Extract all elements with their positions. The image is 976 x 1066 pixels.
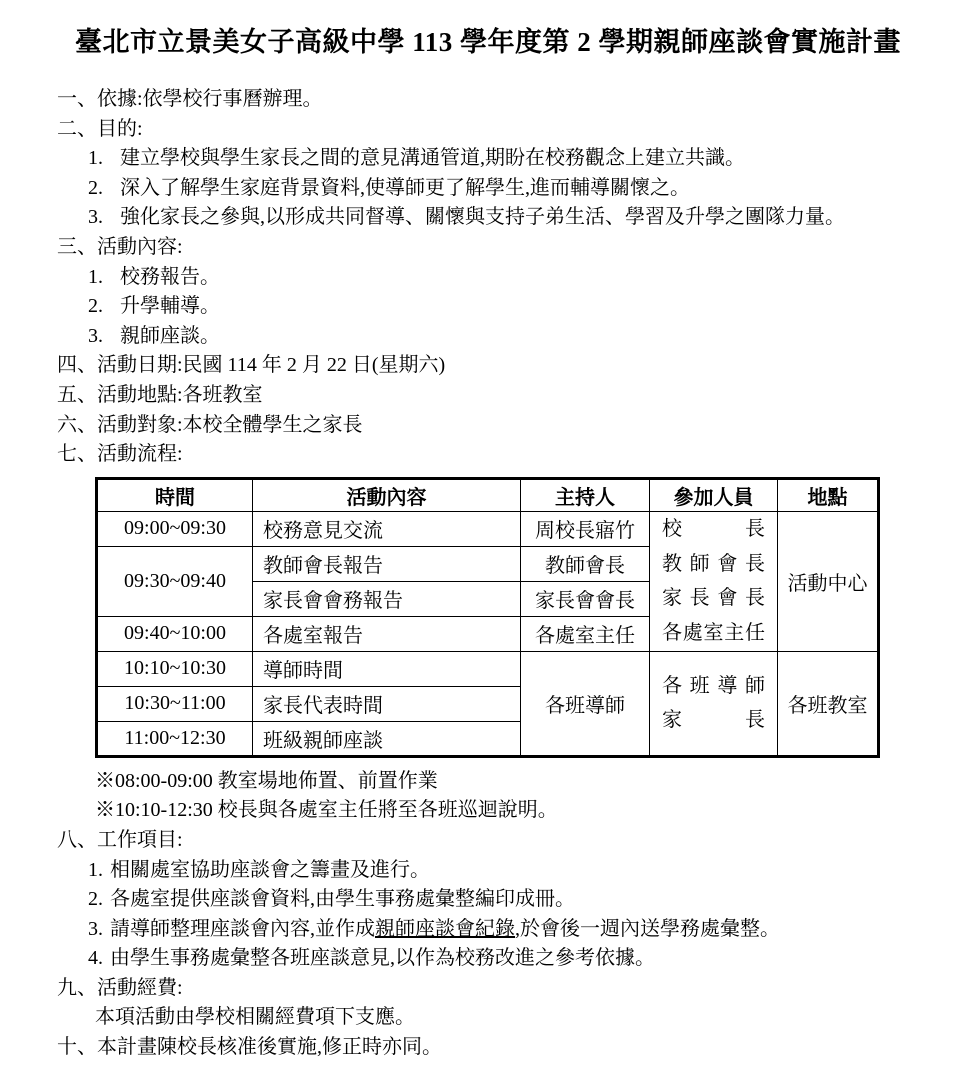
- participant-line: 校長: [662, 512, 765, 547]
- item-number: 3.: [88, 918, 103, 940]
- item-text: 深入了解學生家庭背景資料,使導師更了解學生,進而輔導關懷之。: [120, 177, 690, 199]
- document-page: 臺北市立景美女子高級中學 113 學年度第 2 學期親師座談會實施計畫 一、依據…: [0, 0, 976, 1066]
- purpose-item-1: 1.建立學校與學生家長之間的意見溝通管道,期盼在校務觀念上建立共識。: [88, 144, 976, 174]
- host-class-cell: 各班導師: [521, 651, 650, 756]
- item-text: 相關處室協助座談會之籌畫及進行。: [110, 859, 430, 881]
- header-location: 地點: [778, 478, 879, 511]
- item-text-underlined: 親師座談會紀錄: [375, 918, 515, 940]
- section-place: 五、活動地點:各班教室: [57, 381, 976, 411]
- host-cell: 家長會會長: [521, 581, 650, 616]
- section-purpose-heading: 二、目的:: [57, 115, 976, 145]
- section-content-heading: 三、活動內容:: [57, 233, 976, 263]
- time-cell: 10:30~11:00: [97, 686, 253, 721]
- task-item-2: 2.各處室提供座談會資料,由學生事務處彙整編印成冊。: [88, 885, 976, 915]
- activity-cell: 各處室報告: [253, 616, 521, 651]
- time-cell: 11:00~12:30: [97, 721, 253, 756]
- purpose-item-3: 3.強化家長之參與,以形成共同督導、關懷與支持子弟生活、學習及升學之團隊力量。: [88, 203, 976, 233]
- item-text: 強化家長之參與,以形成共同督導、關懷與支持子弟生活、學習及升學之團隊力量。: [120, 206, 845, 228]
- activity-cell: 導師時間: [253, 651, 521, 686]
- activity-cell: 家長代表時間: [253, 686, 521, 721]
- activity-cell: 校務意見交流: [253, 511, 521, 546]
- participants-morning-cell: 校長 教師會長 家長會長 各處室主任: [650, 511, 778, 651]
- time-cell: 09:40~10:00: [97, 616, 253, 651]
- task-item-1: 1.相關處室協助座談會之籌畫及進行。: [88, 856, 976, 886]
- activity-cell: 班級親師座談: [253, 721, 521, 756]
- item-number: 3.: [88, 206, 103, 228]
- item-number: 1.: [88, 859, 103, 881]
- note-tour: ※10:10-12:30 校長與各處室主任將至各班巡迴說明。: [95, 796, 976, 826]
- section-schedule-heading: 七、活動流程:: [57, 440, 976, 470]
- host-cell: 各處室主任: [521, 616, 650, 651]
- note-setup: ※08:00-09:00 教室場地佈置、前置作業: [95, 767, 976, 797]
- section-tasks-heading: 八、工作項目:: [57, 826, 976, 856]
- item-text: 請導師整理座談會內容,並作成: [110, 918, 375, 940]
- section-basis: 一、依據:依學校行事曆辦理。: [57, 85, 976, 115]
- section-date: 四、活動日期:民國 114 年 2 月 22 日(星期六): [57, 351, 976, 381]
- item-text: 升學輔導。: [120, 295, 220, 317]
- document-body: 一、依據:依學校行事曆辦理。 二、目的: 1.建立學校與學生家長之間的意見溝通管…: [0, 85, 976, 1063]
- item-number: 2.: [88, 888, 103, 910]
- schedule-table: 時間 活動內容 主持人 參加人員 地點 09:00~09:30 校務意見交流 周…: [95, 477, 880, 758]
- item-text: 建立學校與學生家長之間的意見溝通管道,期盼在校務觀念上建立共識。: [120, 147, 745, 169]
- content-item-1: 1.校務報告。: [88, 263, 976, 293]
- item-number: 1.: [88, 147, 103, 169]
- activity-cell: 教師會長報告: [253, 546, 521, 581]
- content-item-3: 3.親師座談。: [88, 322, 976, 352]
- participants-class-cell: 各班導師 家長: [650, 651, 778, 756]
- item-text: 親師座談。: [120, 325, 220, 347]
- activity-cell: 家長會會務報告: [253, 581, 521, 616]
- section-budget-heading: 九、活動經費:: [57, 974, 976, 1004]
- schedule-notes: ※08:00-09:00 教室場地佈置、前置作業 ※10:10-12:30 校長…: [0, 767, 976, 826]
- section-approval: 十、本計畫陳校長核准後實施,修正時亦同。: [57, 1033, 976, 1063]
- time-cell: 09:30~09:40: [97, 546, 253, 616]
- task-item-4: 4.由學生事務處彙整各班座談意見,以作為校務改進之參考依據。: [88, 944, 976, 974]
- document-title: 臺北市立景美女子高級中學 113 學年度第 2 學期親師座談會實施計畫: [0, 0, 976, 59]
- location-class-cell: 各班教室: [778, 651, 879, 756]
- participant-line: 各班導師: [662, 669, 765, 704]
- participant-line: 各處室主任: [662, 616, 765, 651]
- task-item-3: 3.請導師整理座談會內容,並作成親師座談會紀錄,於會後一週內送學務處彙整。: [88, 915, 976, 945]
- item-text: 校務報告。: [120, 266, 220, 288]
- table-row: 10:10~10:30 導師時間 各班導師 各班導師 家長 各班教室: [97, 651, 879, 686]
- header-activity: 活動內容: [253, 478, 521, 511]
- participant-line: 家長會長: [662, 581, 765, 616]
- time-cell: 09:00~09:30: [97, 511, 253, 546]
- budget-body: 本項活動由學校相關經費項下支應。: [95, 1003, 976, 1033]
- section-audience: 六、活動對象:本校全體學生之家長: [57, 411, 976, 441]
- item-number: 3.: [88, 325, 103, 347]
- table-header-row: 時間 活動內容 主持人 參加人員 地點: [97, 478, 879, 511]
- item-text: 由學生事務處彙整各班座談意見,以作為校務改進之參考依據。: [110, 947, 655, 969]
- location-morning-cell: 活動中心: [778, 511, 879, 651]
- time-cell: 10:10~10:30: [97, 651, 253, 686]
- header-participants: 參加人員: [650, 478, 778, 511]
- purpose-item-2: 2.深入了解學生家庭背景資料,使導師更了解學生,進而輔導關懷之。: [88, 174, 976, 204]
- participant-line: 家長: [662, 703, 765, 738]
- item-text: ,於會後一週內送學務處彙整。: [515, 918, 780, 940]
- item-text: 各處室提供座談會資料,由學生事務處彙整編印成冊。: [110, 888, 575, 910]
- item-number: 1.: [88, 266, 103, 288]
- participant-line: 教師會長: [662, 547, 765, 582]
- item-number: 2.: [88, 295, 103, 317]
- header-host: 主持人: [521, 478, 650, 511]
- host-cell: 周校長寤竹: [521, 511, 650, 546]
- host-cell: 教師會長: [521, 546, 650, 581]
- table-row: 09:00~09:30 校務意見交流 周校長寤竹 校長 教師會長 家長會長 各處…: [97, 511, 879, 546]
- item-number: 4.: [88, 947, 103, 969]
- header-time: 時間: [97, 478, 253, 511]
- content-item-2: 2.升學輔導。: [88, 292, 976, 322]
- item-number: 2.: [88, 177, 103, 199]
